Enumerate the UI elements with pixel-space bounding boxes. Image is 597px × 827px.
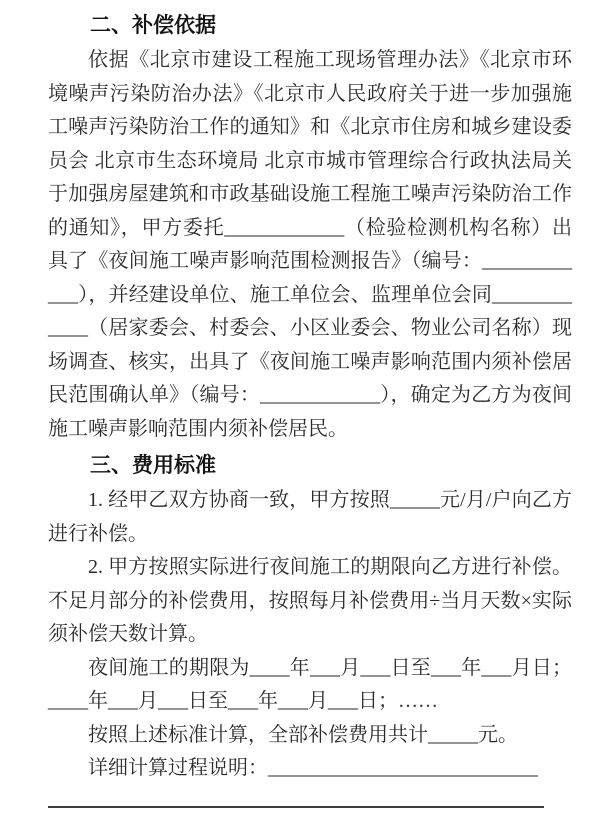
paragraph-calculation-note: 详细计算过程说明：___________________________	[48, 752, 572, 786]
section-heading-fee-standard: 三、费用标准	[48, 449, 572, 482]
footer-separator-line	[48, 806, 544, 808]
paragraph-compensation-basis: 依据《北京市建设工程施工现场管理办法》《北京市环境噪声污染防治办法》《北京市人民…	[48, 44, 572, 446]
paragraph-fee-item-2: 2. 甲方按照实际进行夜间施工的期限向乙方进行补偿。不足月部分的补偿费用，按照每…	[48, 551, 572, 652]
paragraph-night-construction-period: 夜间施工的期限为____年___月___日至___年___月日；____年___…	[48, 652, 572, 719]
paragraph-fee-item-1: 1. 经甲乙双方协商一致，甲方按照_____元/月/户向乙方进行补偿。	[48, 484, 572, 551]
document-page: 二、补偿依据 依据《北京市建设工程施工现场管理办法》《北京市环境噪声污染防治办法…	[0, 0, 597, 827]
paragraph-total-compensation: 按照上述标准计算，全部补偿费用共计_____元。	[48, 719, 572, 753]
section-heading-compensation-basis: 二、补偿依据	[48, 9, 572, 42]
